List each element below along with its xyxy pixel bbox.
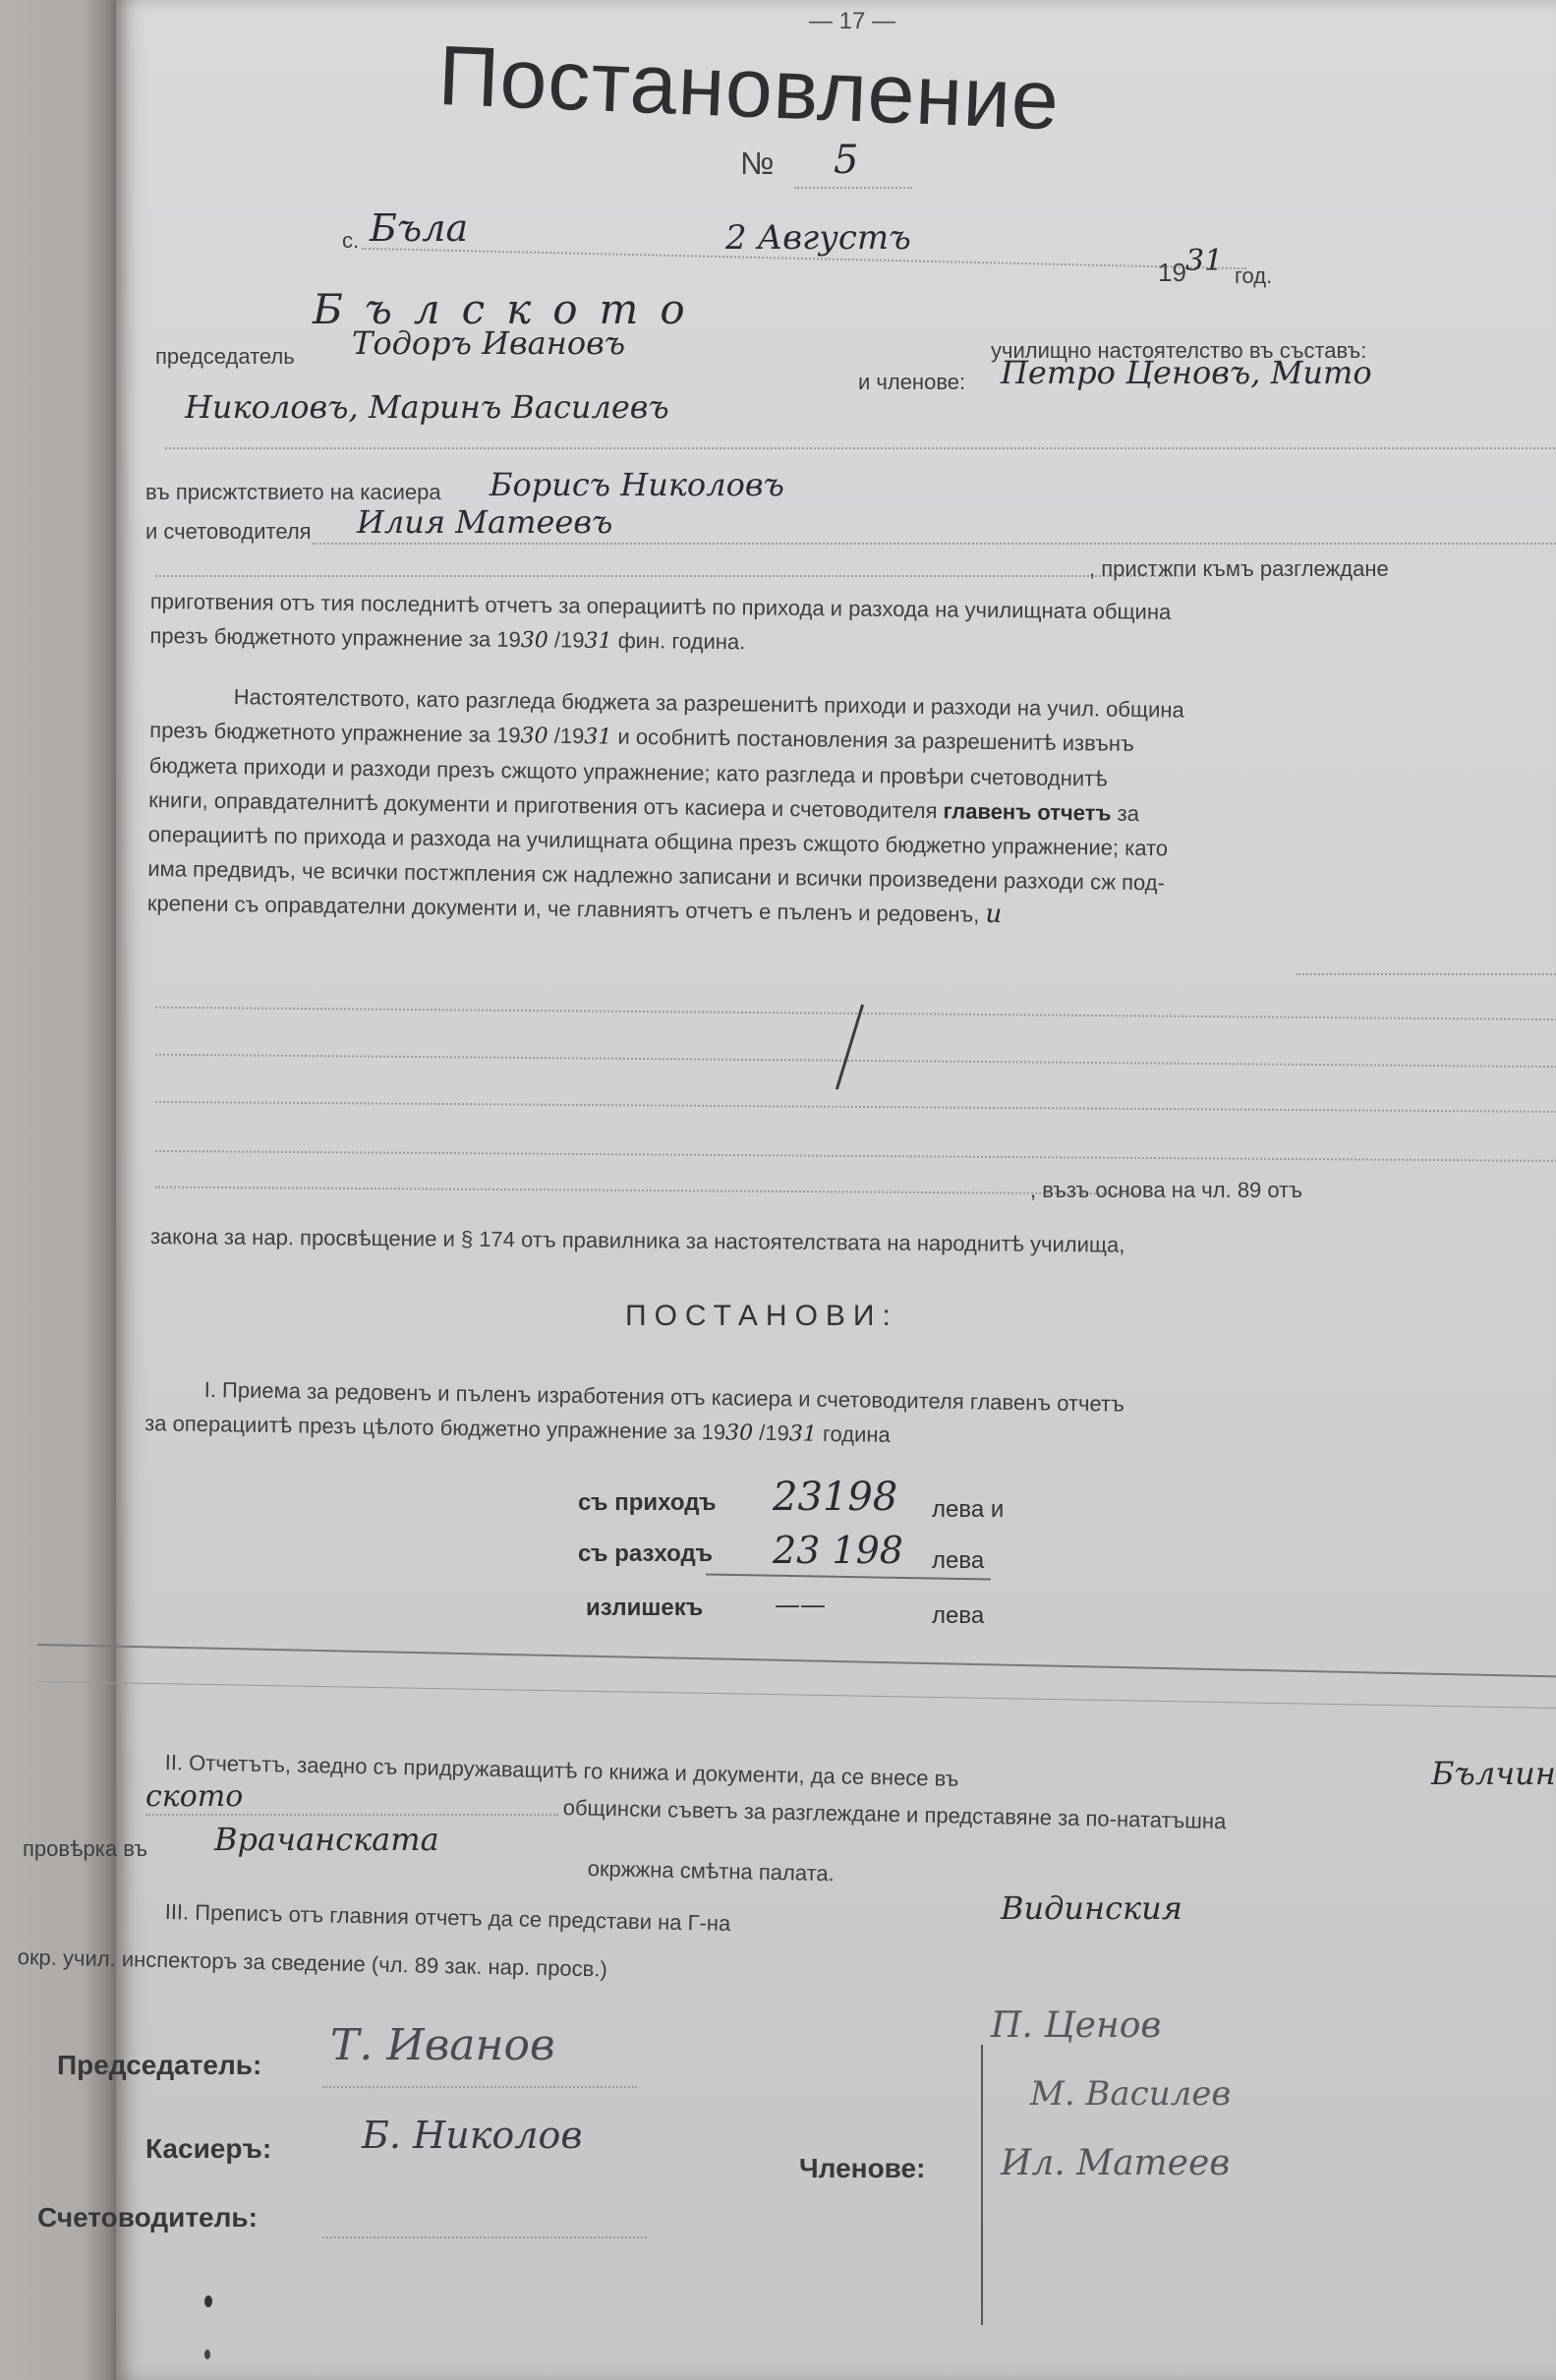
item2-line1: II. Отчетътъ, заедно съ придружаващитѣ г…: [164, 1750, 958, 1792]
number-value: 5: [834, 138, 858, 183]
cashier-value: Борисъ Николовъ: [490, 466, 784, 503]
member-signature-3: Ил. Матеев: [1001, 2143, 1230, 2183]
chairman-label: председатель: [155, 344, 295, 370]
item-1: I. Приема за редовенъ и пъленъ изработен…: [144, 1371, 1556, 1464]
chairman-sig-label: Председатель:: [57, 2050, 261, 2081]
surplus-unit: лева: [932, 1602, 984, 1630]
surplus-value: ——: [775, 1591, 826, 1620]
members-value-2: Николовъ, Маринъ Василевъ: [185, 388, 669, 426]
proceeds-text: , пристжпи къмъ разглеждане: [1089, 556, 1389, 582]
members-value-1: Петро Ценовъ, Мито: [1001, 354, 1372, 391]
expense-value: 23 198: [773, 1529, 903, 1572]
expense-label: съ разходъ: [578, 1540, 713, 1568]
item2-line2: общински съветъ за разглеждане и предста…: [562, 1795, 1226, 1834]
section-divider: [37, 1644, 1556, 1678]
accountant-value: Илия Матеевъ: [357, 503, 612, 541]
place-prefix: с.: [342, 228, 359, 254]
cashier-signature: Б. Николов: [362, 2114, 582, 2157]
income-label: съ приходъ: [578, 1489, 717, 1517]
section-divider-2: [37, 1681, 1556, 1709]
member-signature-2: М. Василев: [1030, 2074, 1231, 2114]
item2-hand-1: Бълчин-: [1431, 1755, 1556, 1792]
member-signature-1: П. Ценов: [991, 2005, 1161, 2046]
law-text: закона за нар. просвѣщение и § 174 отъ п…: [150, 1224, 1125, 1258]
number-label: №: [740, 145, 774, 182]
date-value: 2 Августъ: [725, 218, 911, 258]
members-label: и членове:: [858, 370, 965, 395]
income-unit: лева и: [932, 1496, 1004, 1524]
item3-hand: Видинския: [1001, 1889, 1182, 1927]
chairman-value: Тодоръ Ивановъ: [352, 324, 625, 362]
ink-spot-2: [204, 2350, 210, 2359]
facing-page-edge: [0, 0, 118, 2380]
strike-mark: [836, 1005, 864, 1090]
chairman-signature: Т. Иванов: [330, 2020, 555, 2070]
income-value: 23198: [773, 1475, 897, 1520]
cashier-label: въ присжтствието на касиера: [145, 480, 441, 505]
paragraph-1: приготвения отъ тия последнитѣ отчетъ за…: [149, 584, 1546, 668]
cashier-sig-label: Касиеръ:: [145, 2133, 271, 2165]
item2-hand-2: ското: [145, 1779, 243, 1814]
place-value: Бъла: [370, 206, 468, 250]
resolved-heading: ПОСТАНОВИ:: [625, 1300, 898, 1333]
ink-spot: [204, 2295, 212, 2307]
members-bracket-line: [981, 2045, 983, 2325]
members-sig-label: Членове:: [799, 2153, 925, 2184]
page-number: — 17 —: [809, 8, 895, 35]
surplus-label: излишекъ: [586, 1595, 703, 1622]
year-handwritten: 31: [1185, 244, 1223, 278]
document-title: Постановление: [436, 28, 1062, 149]
item2-line3-b: окржжна смѣтна палата.: [587, 1856, 835, 1887]
paragraph-2: Настоятелството, като разгледа бюджета з…: [147, 678, 1546, 940]
accountant-sig-label: Счетоводитель:: [37, 2202, 258, 2234]
accountant-label: и счетоводителя: [145, 519, 312, 545]
document-page: — 17 — Постановление № 5 с. Бъла 2 Авгус…: [116, 0, 1556, 2380]
basis-text: , възъ основа на чл. 89 отъ: [1030, 1178, 1302, 1203]
year-suffix: год.: [1235, 263, 1272, 289]
item3-line1: III. Преписъ отъ главния отчетъ да се пр…: [164, 1899, 730, 1937]
item2-line3-a: провѣрка въ: [23, 1836, 147, 1862]
expense-unit: лева: [932, 1547, 984, 1575]
year-prefix: 19: [1158, 258, 1186, 288]
item2-hand-3: Врачанската: [214, 1821, 439, 1858]
